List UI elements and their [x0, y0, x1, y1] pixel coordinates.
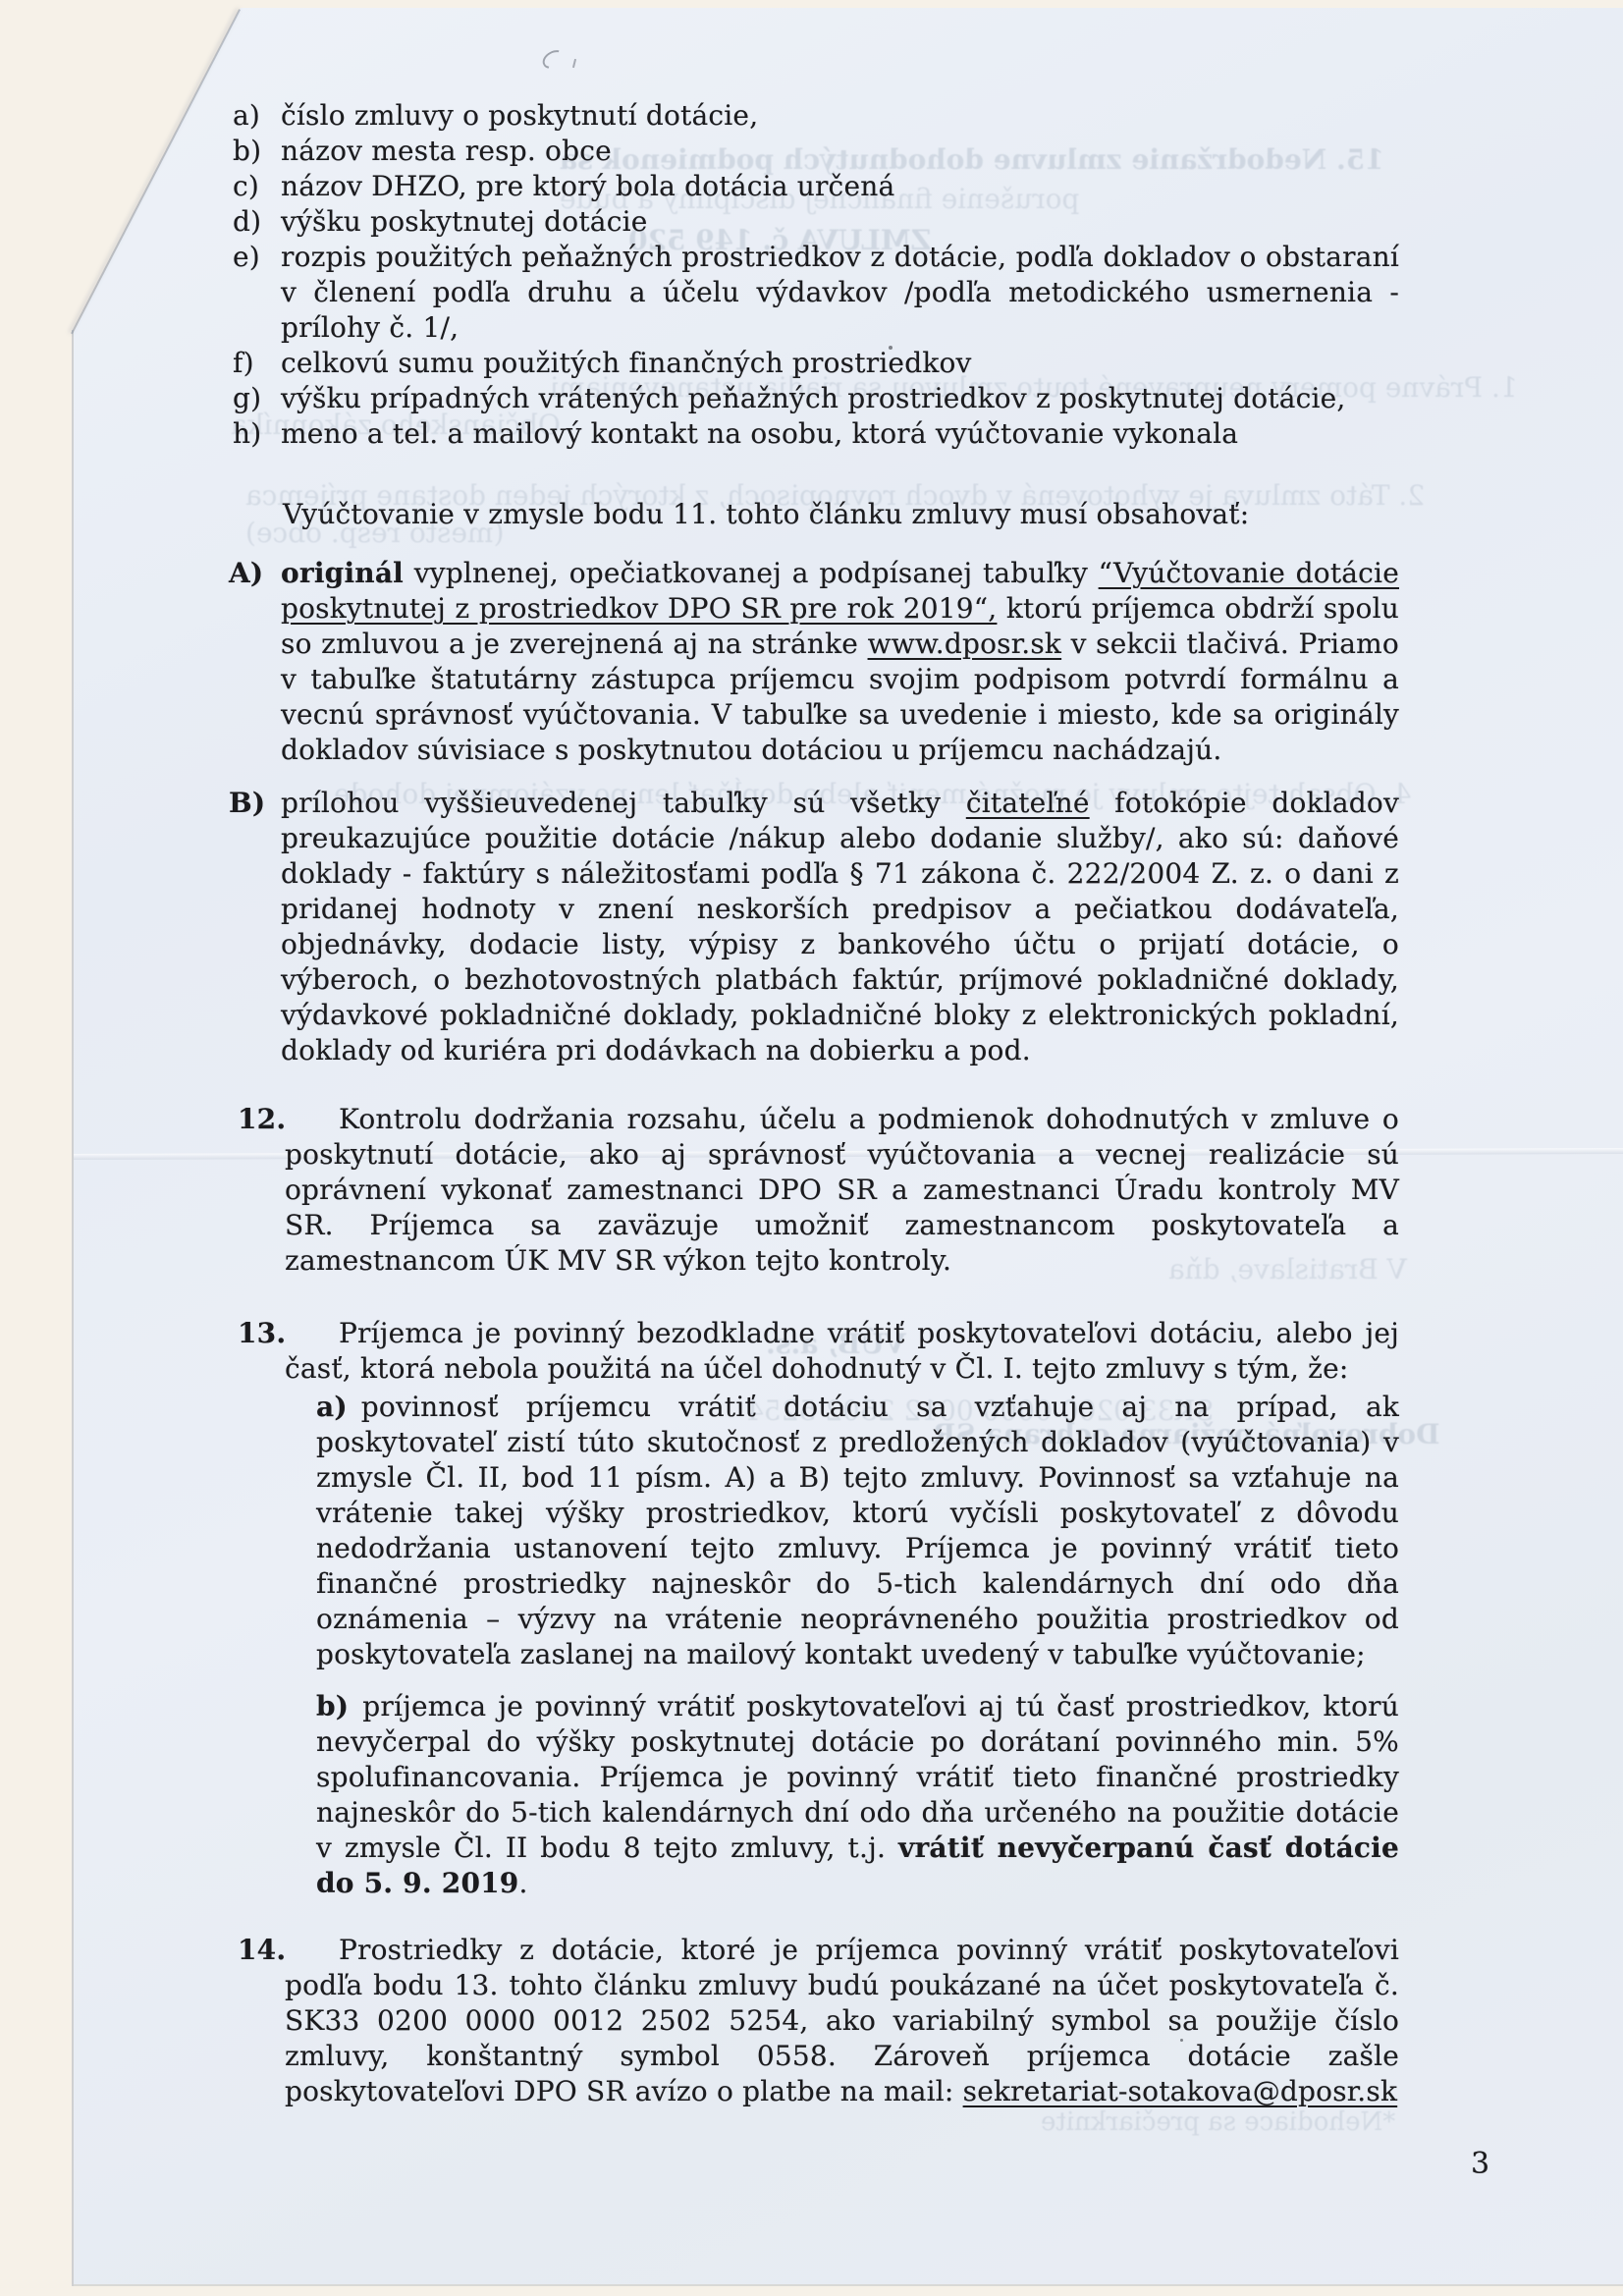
intro-line: Vyúčtovanie v zmysle bodu 11. tohto člán…	[283, 497, 1422, 532]
section-a: A) originál vyplnenej, opečiatkovanej a …	[229, 556, 1399, 768]
list-item-text: celkovú sumu použitých finančných prostr…	[281, 346, 1399, 381]
list-item-text: výšku poskytnutej dotácie	[281, 204, 1399, 240]
list-item-text: meno a tel. a mailový kontakt na osobu, …	[281, 416, 1399, 452]
section-b-text: prílohou vyššieuvedenej tabuľky sú všetk…	[281, 786, 1399, 1068]
section-12-text: Kontrolu dodržania rozsahu, účelu a podm…	[285, 1102, 1399, 1279]
list-item-text: rozpis použitých peňažných prostriedkov …	[281, 240, 1399, 346]
section-b-marker: B)	[229, 786, 281, 1068]
list-item-marker: g)	[233, 381, 281, 416]
page-content: a) číslo zmluvy o poskytnutí dotácie, b)…	[0, 0, 1623, 2296]
section-12: 12. Kontrolu dodržania rozsahu, účelu a …	[285, 1102, 1399, 1279]
page-number: 3	[1471, 2147, 1489, 2182]
list-item: e) rozpis použitých peňažných prostriedk…	[233, 240, 1399, 346]
list-item-text: číslo zmluvy o poskytnutí dotácie,	[281, 98, 1399, 134]
sub-item-marker: b)	[316, 1690, 349, 1722]
section-13: 13. Príjemca je povinný bezodkladne vrát…	[285, 1316, 1399, 1905]
list-item-marker: c)	[233, 169, 281, 204]
list-item-text: názov DHZO, pre ktorý bola dotácia určen…	[281, 169, 1399, 204]
underlined-link-text: www.dposr.sk	[868, 628, 1062, 660]
list-item: g) výšku prípadných vrátených peňažných …	[233, 381, 1399, 416]
list-item: f) celkovú sumu použitých finančných pro…	[233, 346, 1399, 381]
text-run: povinnosť príjemcu vrátiť dotáciu sa vzť…	[316, 1391, 1399, 1670]
text-run: fotokópie dokladov preukazujúce použitie…	[281, 787, 1399, 1066]
list-item: d) výšku poskytnutej dotácie	[233, 204, 1399, 240]
list-item-marker: h)	[233, 416, 281, 452]
list-item-text: výšku prípadných vrátených peňažných pro…	[281, 381, 1399, 416]
section-13-sub-a-text: a)povinnosť príjemcu vrátiť dotáciu sa v…	[316, 1390, 1399, 1672]
section-a-text: originál vyplnenej, opečiatkovanej a pod…	[281, 556, 1399, 768]
list-item-marker: d)	[233, 204, 281, 240]
section-14-text: Prostriedky z dotácie, ktoré je príjemca…	[285, 1933, 1399, 2109]
list-item-marker: e)	[233, 240, 281, 346]
text-run: prílohou vyššieuvedenej tabuľky sú všetk…	[281, 787, 966, 819]
text-run: .	[519, 1867, 528, 1899]
section-a-marker: A)	[229, 556, 281, 768]
list-item-marker: b)	[233, 134, 281, 169]
section-13-intro: Príjemca je povinný bezodkladne vrátiť p…	[285, 1316, 1399, 1387]
list-item: b) názov mesta resp. obce	[233, 134, 1399, 169]
section-12-number: 12.	[238, 1102, 286, 1137]
underlined-run: čitateľné	[966, 787, 1090, 819]
bold-run: originál	[281, 557, 404, 589]
section-13-number: 13.	[238, 1316, 286, 1351]
section-13-sub-b: b)príjemca je povinný vrátiť poskytovate…	[316, 1689, 1399, 1901]
list-item: a) číslo zmluvy o poskytnutí dotácie,	[233, 98, 1399, 134]
section-14-number: 14.	[238, 1933, 286, 1968]
section-13-sub-b-text: b)príjemca je povinný vrátiť poskytovate…	[316, 1689, 1399, 1901]
list-item-marker: a)	[233, 98, 281, 134]
section-13-sub-a: a)povinnosť príjemcu vrátiť dotáciu sa v…	[316, 1390, 1399, 1672]
requirements-list: a) číslo zmluvy o poskytnutí dotácie, b)…	[233, 98, 1399, 452]
list-item: h) meno a tel. a mailový kontakt na osob…	[233, 416, 1399, 452]
section-b: B) prílohou vyššieuvedenej tabuľky sú vš…	[229, 786, 1399, 1068]
text-run: vyplnenej, opečiatkovanej a podpísanej t…	[404, 557, 1099, 589]
list-item: c) názov DHZO, pre ktorý bola dotácia ur…	[233, 169, 1399, 204]
underlined-email-text: sekretariat-sotakova@dposr.sk	[963, 2075, 1397, 2107]
sub-item-marker: a)	[316, 1391, 348, 1423]
section-14: 14. Prostriedky z dotácie, ktoré je príj…	[285, 1933, 1399, 2109]
list-item-marker: f)	[233, 346, 281, 381]
list-item-text: názov mesta resp. obce	[281, 134, 1399, 169]
